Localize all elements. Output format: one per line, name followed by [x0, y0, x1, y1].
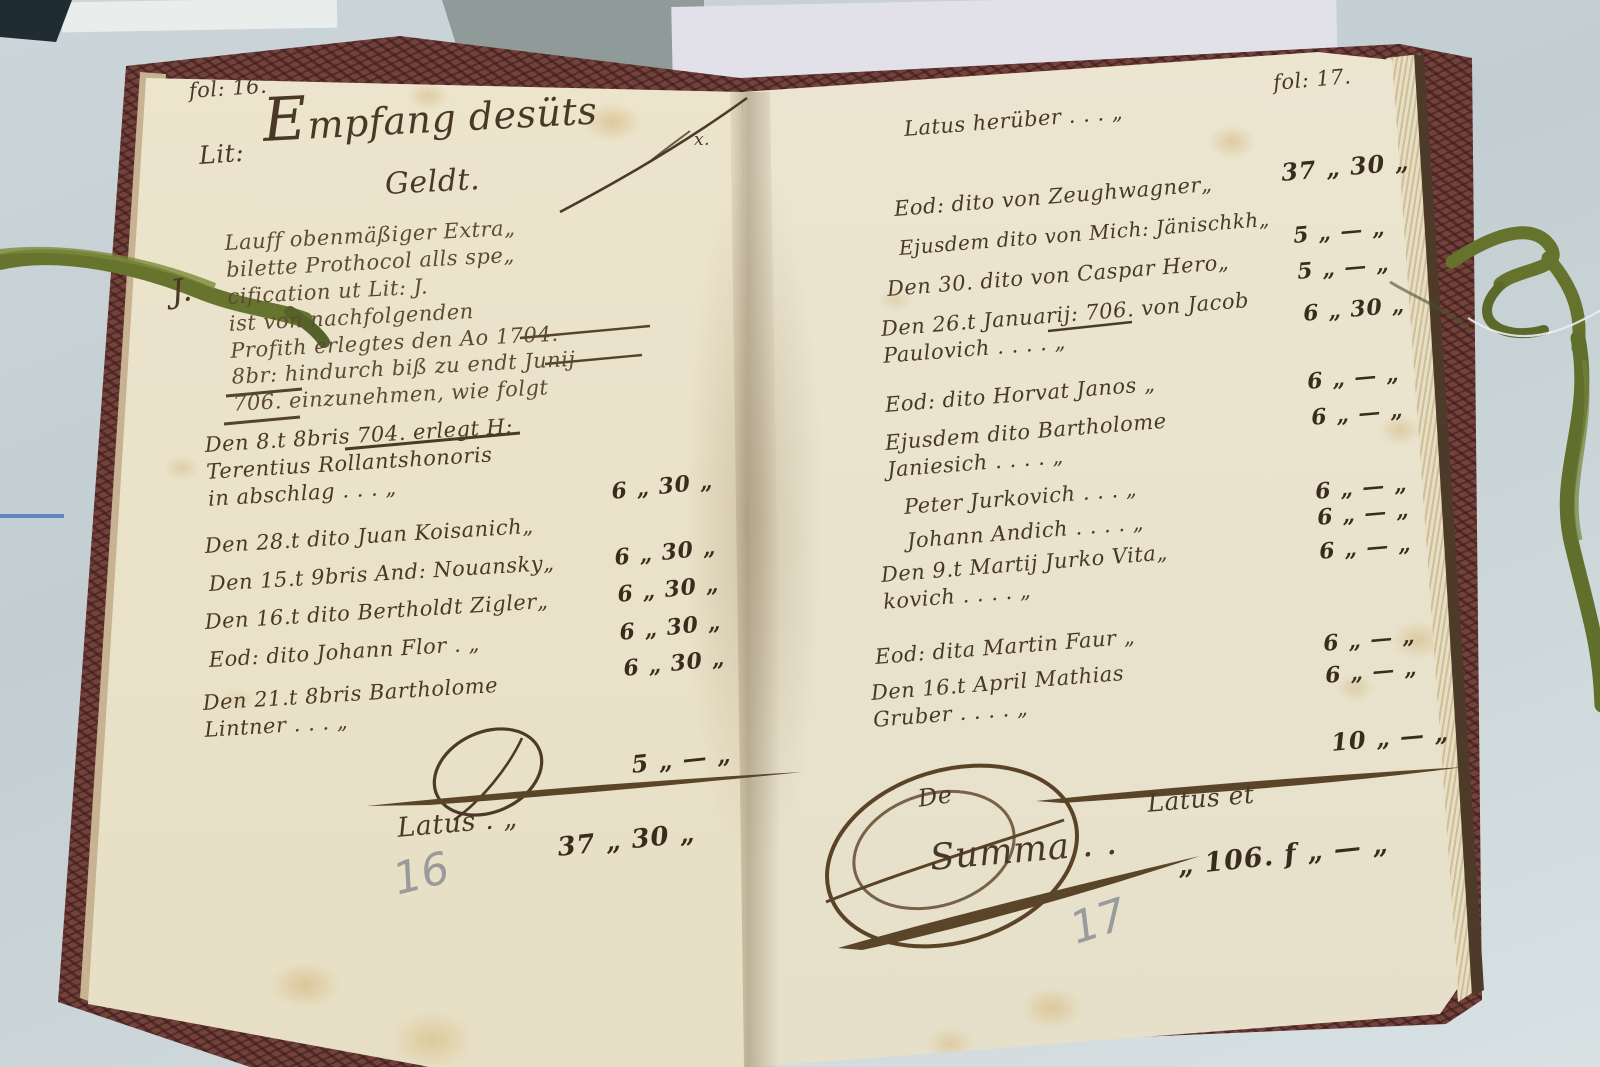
folio-marker-left: fol: 16. — [188, 73, 268, 105]
heading-initial: E — [261, 84, 309, 156]
dark-object-top-left — [0, 0, 72, 42]
summa-prefix: De — [916, 779, 954, 814]
table-tile-edge — [62, 0, 337, 32]
lit-label: Lit: — [198, 137, 245, 172]
table-blue-line — [0, 514, 64, 518]
page-heading-line2: Geldt. — [384, 161, 481, 204]
opening-paragraph: Lauff obenmäßiger Extra„ bilette Prothoc… — [224, 205, 703, 417]
heading-x-mark: x. — [694, 130, 710, 152]
